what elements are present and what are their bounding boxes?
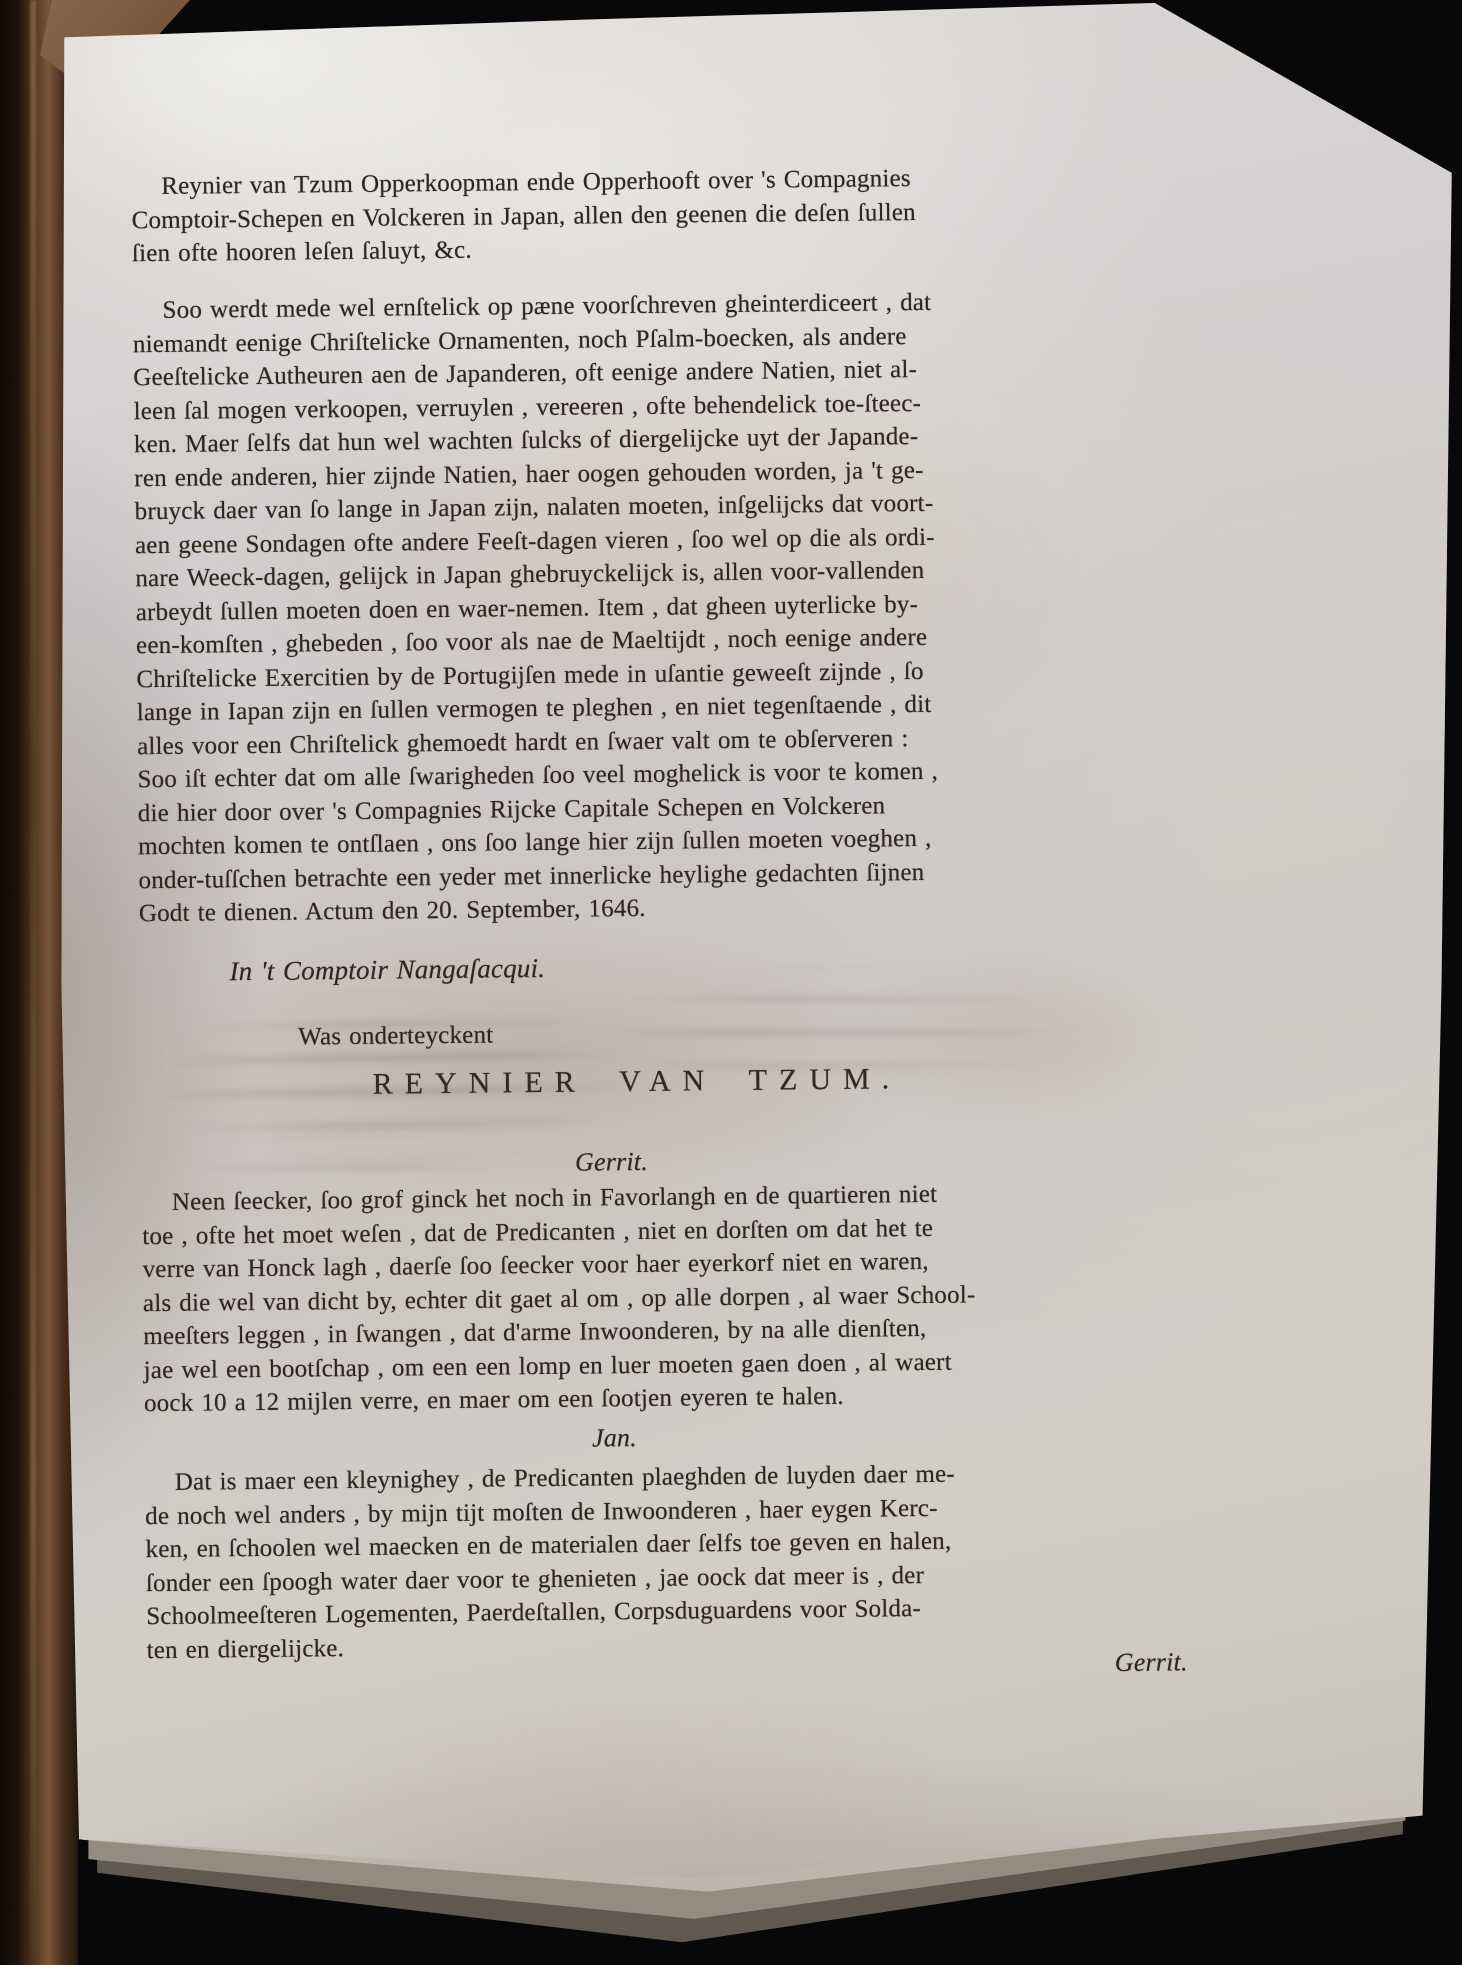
decree-paragraph: Soo werdt mede wel ernſtelick op pæne vo… <box>132 284 1081 930</box>
printed-text-layer: Reynier van Tzum Opperkoopman ende Opper… <box>0 0 1462 1965</box>
jan-speech-paragraph: Dat is maer een kleynighey , de Predican… <box>145 1456 1089 1667</box>
gerrit-speech-paragraph: Neen ſeecker, ſoo grof ginck het noch in… <box>142 1176 1086 1420</box>
speaker-heading-jan: Jan. <box>144 1416 1084 1459</box>
catchword: Gerrit. <box>1115 1645 1188 1679</box>
dateline: In 't Comptoir Nangaſacqui. <box>229 952 545 989</box>
book-page-photo: Reynier van Tzum Opperkoopman ende Opper… <box>0 0 1462 1965</box>
opening-paragraph: Reynier van Tzum Opperkoopman ende Opper… <box>131 160 1072 270</box>
signature-name: REYNIER VAN TZUM. <box>373 1062 902 1101</box>
signature-intro: Was onderteyckent <box>298 1019 494 1055</box>
